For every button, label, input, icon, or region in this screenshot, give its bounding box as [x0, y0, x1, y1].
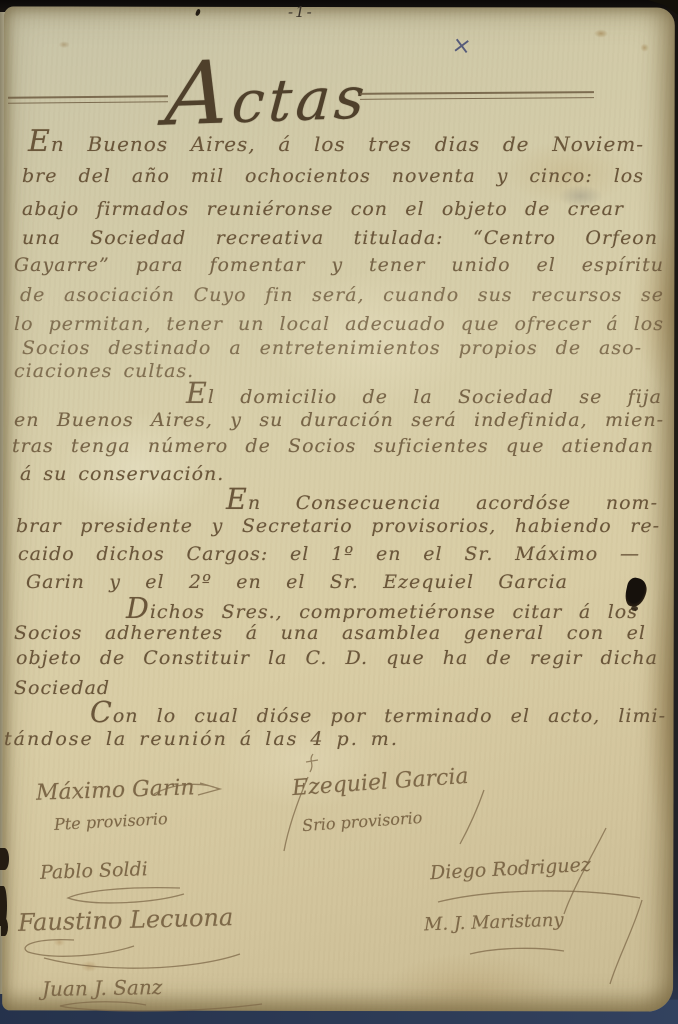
- manuscript-line: abajo firmados reuniéronse con el objeto…: [22, 197, 624, 222]
- signature-flourish: [14, 932, 246, 972]
- binding-mark: [1, 918, 8, 936]
- title-rule-left: [8, 95, 168, 103]
- signature-flourish: [56, 998, 268, 1018]
- ink-blot: [623, 576, 649, 609]
- ink-blot-satellite: [631, 606, 638, 611]
- manuscript-line: Socios adherentes á una asamblea general…: [14, 621, 646, 646]
- signature-flourish: [458, 788, 488, 848]
- signature-flourish: [606, 898, 648, 990]
- manuscript-line: ciaciones cultas.: [14, 359, 194, 384]
- manuscript-line: Garin y el 2º en el Sr. Ezequiel Garcia: [26, 570, 568, 595]
- scanned-manuscript-page: -1- × Actas En Buenos Aires, á los tres …: [0, 0, 678, 1024]
- manuscript-line: tras tenga número de Socios suficientes …: [12, 434, 654, 459]
- manuscript-line: una Sociedad recreativa titulada: “Centr…: [22, 226, 658, 251]
- manuscript-line: en Buenos Aires, y su duración será inde…: [14, 408, 664, 433]
- manuscript-line: bre del año mil ochocientos noventa y ci…: [22, 164, 644, 189]
- signature-flourish: [560, 826, 612, 918]
- manuscript-content: -1- × Actas En Buenos Aires, á los tres …: [0, 0, 678, 1024]
- manuscript-line: lo permitan, tener un local adecuado que…: [14, 312, 664, 337]
- ink-speck: [195, 9, 201, 17]
- manuscript-line: caido dichos Cargos: el 1º en el Sr. Máx…: [18, 542, 640, 567]
- title-rule-right: [360, 91, 594, 100]
- manuscript-line: Con lo cual dióse por terminado el acto,…: [90, 700, 666, 729]
- manuscript-line: tándose la reunión á las 4 p. m.: [4, 727, 399, 752]
- manuscript-line: á su conservación.: [20, 462, 224, 487]
- manuscript-line: El domicilio de la Sociedad se fija: [186, 381, 662, 410]
- signature-flourish: [468, 944, 568, 960]
- signature-member-maristany: M. J. Maristany: [424, 910, 564, 936]
- manuscript-line: objeto de Constituir la C. D. que ha de …: [16, 646, 658, 671]
- signature-flourish: [152, 778, 224, 800]
- signature-member-soldi: Pablo Soldi: [40, 858, 148, 884]
- x-mark-annotation: ×: [450, 32, 473, 60]
- manuscript-line: En Buenos Aires, á los tres dias de Novi…: [28, 129, 644, 157]
- signature-president-role: Pte provisorio: [54, 809, 169, 834]
- manuscript-line: brar presidente y Secretario provisorios…: [16, 514, 660, 539]
- page-number: -1-: [288, 3, 314, 21]
- signature-secretary-role: Srio provisorio: [301, 808, 422, 835]
- manuscript-line: Socios destinado a entretenimientos prop…: [22, 336, 642, 361]
- binding-mark: [0, 848, 9, 870]
- manuscript-line: En Consecuencia acordóse nom-: [226, 487, 658, 516]
- manuscript-line: de asociación Cuyo fin será, cuando sus …: [20, 283, 664, 308]
- pen-trial-mark: [304, 752, 320, 774]
- manuscript-line: Gayarre” para fomentar y tener unido el …: [14, 253, 664, 278]
